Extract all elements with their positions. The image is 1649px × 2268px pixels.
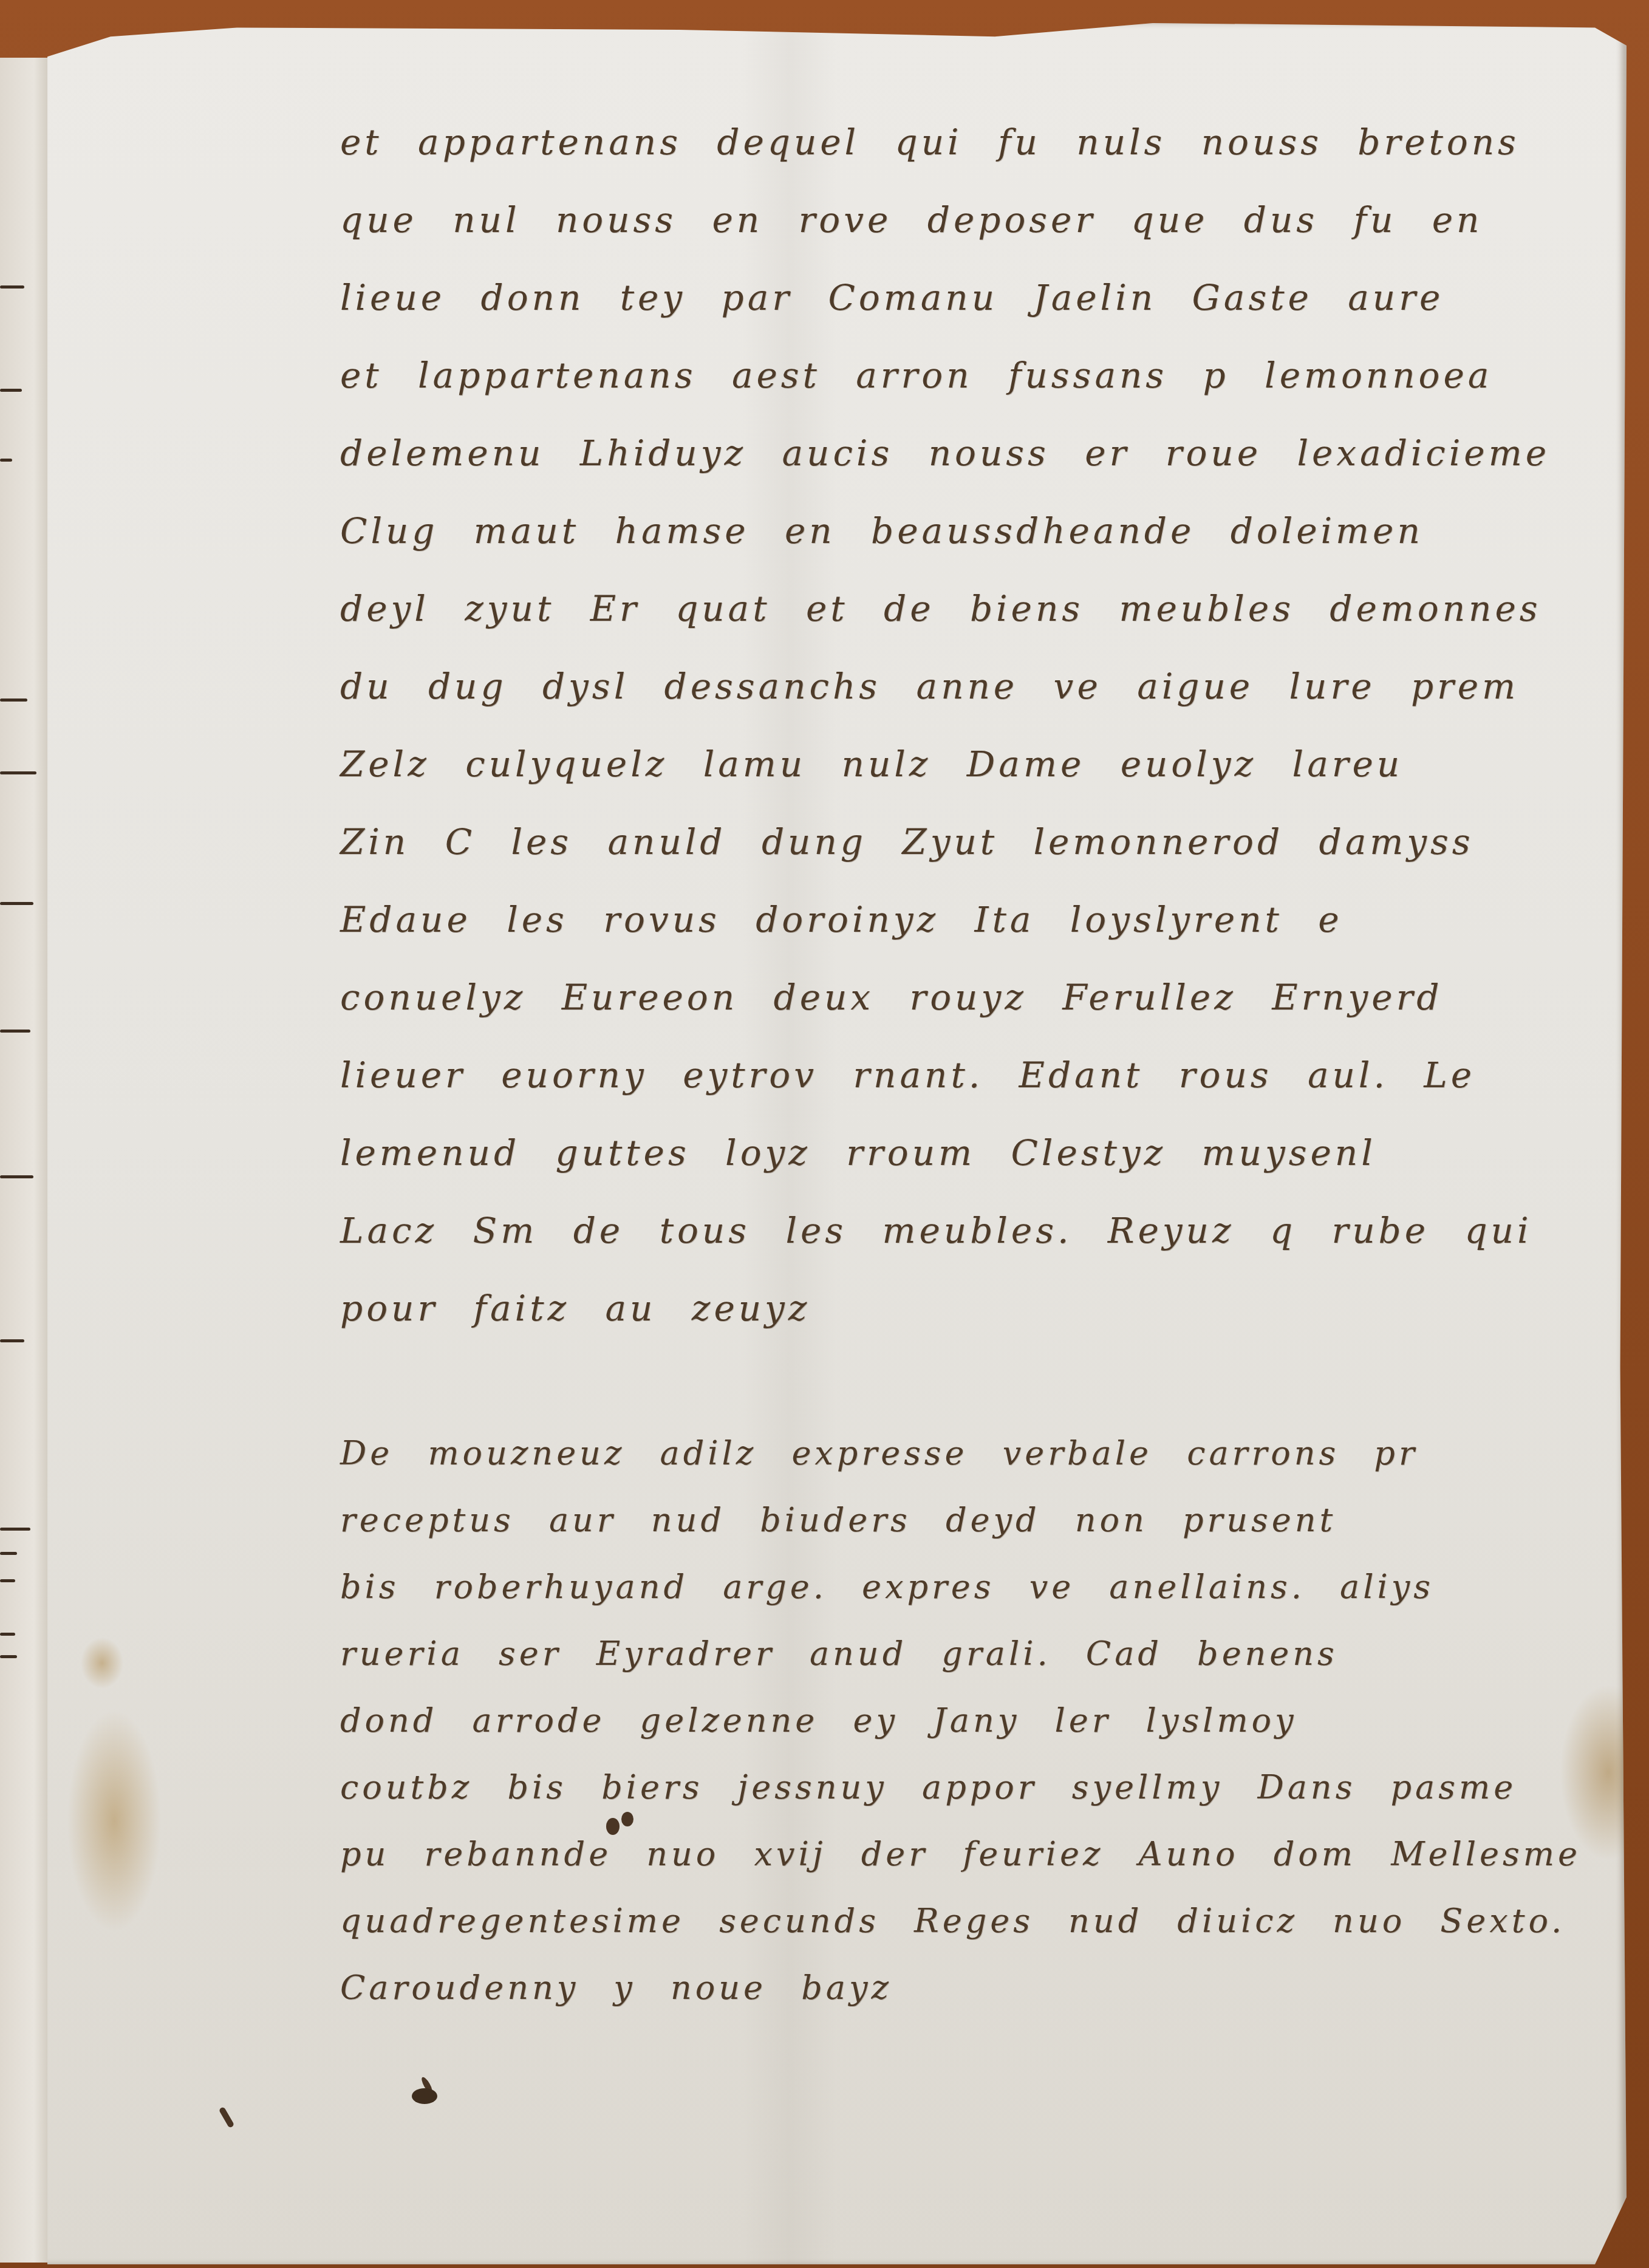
- manuscript-line: du dug dysl dessanchs anne ve aigue lure…: [340, 647, 1646, 725]
- manuscript-text: et appartenans dequel qui fu nuls nouss …: [340, 103, 1646, 2021]
- manuscript-line: et lappartenans aest arron fussans p lem…: [340, 336, 1646, 414]
- manuscript-line: lieuer euorny eytrov rnant. Edant rous a…: [340, 1036, 1646, 1114]
- manuscript-line: lemenud guttes loyz rroum Clestyz muysen…: [340, 1114, 1646, 1192]
- ink-blot: [219, 2106, 235, 2128]
- ink-stroke-mark: [0, 902, 33, 905]
- manuscript-line: lieue donn tey par Comanu Jaelin Gaste a…: [340, 259, 1646, 336]
- manuscript-line: Edaue les rovus doroinyz Ita loyslyrent …: [340, 881, 1646, 958]
- ink-stroke-mark: [0, 285, 24, 289]
- ink-stroke-mark: [0, 1339, 24, 1342]
- ink-stroke-mark: [0, 699, 27, 702]
- manuscript-line: coutbz bis biers jessnuy appor syellmy D…: [340, 1754, 1646, 1821]
- manuscript-line: Lacz Sm de tous les meubles. Reyuz q rub…: [340, 1192, 1646, 1269]
- ink-stroke-mark: [0, 1655, 17, 1658]
- manuscript-line: et appartenans dequel qui fu nuls nouss …: [340, 103, 1646, 181]
- manuscript-line: deyl zyut Er quat et de biens meubles de…: [340, 570, 1646, 647]
- ink-stroke-mark: [0, 389, 22, 392]
- adjacent-left-page-edge: [0, 58, 50, 2263]
- ink-stroke-mark: [0, 1579, 15, 1582]
- manuscript-line: Zin C les anuld dung Zyut lemonnerod dam…: [340, 803, 1646, 881]
- manuscript-line: que nul nouss en rove deposer que dus fu…: [340, 181, 1646, 259]
- manuscript-line: quadregentesime secunds Reges nud diuicz…: [340, 1888, 1646, 1955]
- ink-stroke-mark: [0, 1030, 30, 1033]
- manuscript-line: conuelyz Eureeon deux rouyz Ferullez Ern…: [340, 958, 1646, 1036]
- manuscript-line: pour faitz au zeuyz: [340, 1269, 1646, 1347]
- paragraph-1: et appartenans dequel qui fu nuls nouss …: [340, 103, 1646, 1347]
- paragraph-2: De mouzneuz adilz expresse verbale carro…: [340, 1420, 1646, 2021]
- ink-blot: [412, 2088, 437, 2104]
- manuscript-line: receptus aur nud biuders deyd non prusen…: [340, 1487, 1646, 1554]
- manuscript-line: Caroudenny y noue bayz: [340, 1955, 1646, 2021]
- ink-stroke-mark: [0, 1633, 15, 1636]
- ink-stroke-mark: [0, 1528, 30, 1531]
- manuscript-line: rueria ser Eyradrer anud grali. Cad bene…: [340, 1621, 1646, 1687]
- ink-stroke-mark: [0, 459, 12, 462]
- manuscript-line: pu rebannde nuo xvij der feuriez Auno do…: [340, 1821, 1646, 1888]
- manuscript-line: Zelz culyquelz lamu nulz Dame euolyz lar…: [340, 725, 1646, 803]
- manuscript-line: Clug maut hamse en beaussdheande doleime…: [340, 492, 1646, 570]
- ink-stroke-mark: [0, 1552, 17, 1555]
- ink-stroke-mark: [0, 771, 36, 774]
- ink-stroke-mark: [0, 1175, 33, 1178]
- manuscript-line: delemenu Lhiduyz aucis nouss er roue lex…: [340, 414, 1646, 492]
- manuscript-line: bis roberhuyand arge. expres ve anellain…: [340, 1554, 1646, 1621]
- manuscript-line: dond arrode gelzenne ey Jany ler lyslmoy: [340, 1687, 1646, 1754]
- manuscript-line: De mouzneuz adilz expresse verbale carro…: [340, 1420, 1646, 1487]
